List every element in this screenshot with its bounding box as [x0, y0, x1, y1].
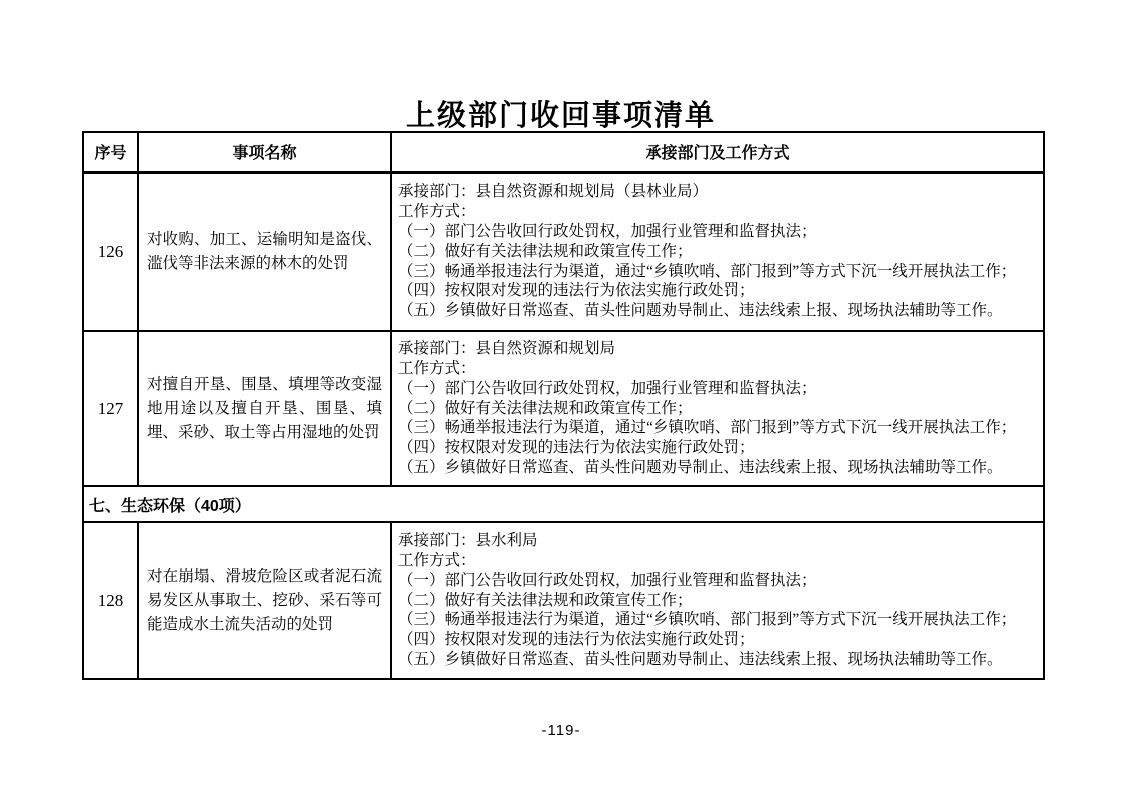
detail-line: （三）畅通举报违法行为渠道，通过“乡镇吹哨、部门报到”等方式下沉一线开展执法工作… [398, 418, 1037, 438]
section-header-row: 七、生态环保（40项） [83, 486, 1044, 522]
detail-line: 工作方式： [398, 202, 1037, 222]
item-name: 对在崩塌、滑坡危险区或者泥石流易发区从事取土、挖砂、采石等可能造成水土流失活动的… [138, 522, 391, 679]
column-header-name: 事项名称 [138, 132, 391, 172]
detail-line: （三）畅通举报违法行为渠道，通过“乡镇吹哨、部门报到”等方式下沉一线开展执法工作… [398, 610, 1037, 630]
item-detail: 承接部门：县水利局 工作方式： （一）部门公告收回行政处罚权，加强行业管理和监督… [391, 522, 1044, 679]
detail-line: （五）乡镇做好日常巡查、苗头性问题劝导制止、违法线索上报、现场执法辅助等工作。 [398, 650, 1037, 670]
item-name: 对擅自开垦、围垦、填埋等改变湿地用途以及擅自开垦、围垦、填埋、采砂、取土等占用湿… [138, 331, 391, 486]
detail-line: （四）按权限对发现的违法行为依法实施行政处罚； [398, 281, 1037, 301]
detail-line: 承接部门：县水利局 [398, 531, 1037, 551]
table-row-128: 128 对在崩塌、滑坡危险区或者泥石流易发区从事取土、挖砂、采石等可能造成水土流… [83, 522, 1044, 679]
detail-line: （一）部门公告收回行政处罚权，加强行业管理和监督执法； [398, 222, 1037, 242]
column-header-department: 承接部门及工作方式 [391, 132, 1044, 172]
table-header-row: 序号 事项名称 承接部门及工作方式 [83, 132, 1044, 172]
items-table: 序号 事项名称 承接部门及工作方式 126 对收购、加工、运输明知是盗伐、滥伐等… [82, 131, 1045, 680]
detail-line: （四）按权限对发现的违法行为依法实施行政处罚； [398, 438, 1037, 458]
detail-line: （二）做好有关法律法规和政策宣传工作； [398, 242, 1037, 262]
table-row-126: 126 对收购、加工、运输明知是盗伐、滥伐等非法来源的林木的处罚 承接部门：县自… [83, 172, 1044, 331]
detail-line: 工作方式： [398, 359, 1037, 379]
detail-line: （一）部门公告收回行政处罚权，加强行业管理和监督执法； [398, 379, 1037, 399]
item-detail: 承接部门：县自然资源和规划局（县林业局） 工作方式： （一）部门公告收回行政处罚… [391, 172, 1044, 331]
item-number: 128 [83, 522, 138, 679]
item-number: 127 [83, 331, 138, 486]
detail-line: （二）做好有关法律法规和政策宣传工作； [398, 591, 1037, 611]
item-number: 126 [83, 172, 138, 331]
detail-line: （一）部门公告收回行政处罚权，加强行业管理和监督执法； [398, 571, 1037, 591]
item-detail: 承接部门：县自然资源和规划局 工作方式： （一）部门公告收回行政处罚权，加强行业… [391, 331, 1044, 486]
section-label: 七、生态环保（40项） [83, 486, 1044, 522]
detail-line: （三）畅通举报违法行为渠道，通过“乡镇吹哨、部门报到”等方式下沉一线开展执法工作… [398, 262, 1037, 282]
page-number: -119- [0, 722, 1122, 739]
column-header-no: 序号 [83, 132, 138, 172]
detail-line: （五）乡镇做好日常巡查、苗头性问题劝导制止、违法线索上报、现场执法辅助等工作。 [398, 301, 1037, 321]
detail-line: 承接部门：县自然资源和规划局（县林业局） [398, 182, 1037, 202]
detail-line: 工作方式： [398, 551, 1037, 571]
detail-line: （四）按权限对发现的违法行为依法实施行政处罚； [398, 630, 1037, 650]
detail-line: 承接部门：县自然资源和规划局 [398, 339, 1037, 359]
document-page: 上级部门收回事项清单 序号 事项名称 承接部门及工作方式 126 对收购、加工、… [0, 0, 1122, 793]
page-title: 上级部门收回事项清单 [0, 93, 1122, 134]
detail-line: （二）做好有关法律法规和政策宣传工作； [398, 399, 1037, 419]
item-name: 对收购、加工、运输明知是盗伐、滥伐等非法来源的林木的处罚 [138, 172, 391, 331]
table-row-127: 127 对擅自开垦、围垦、填埋等改变湿地用途以及擅自开垦、围垦、填埋、采砂、取土… [83, 331, 1044, 486]
detail-line: （五）乡镇做好日常巡查、苗头性问题劝导制止、违法线索上报、现场执法辅助等工作。 [398, 458, 1037, 478]
